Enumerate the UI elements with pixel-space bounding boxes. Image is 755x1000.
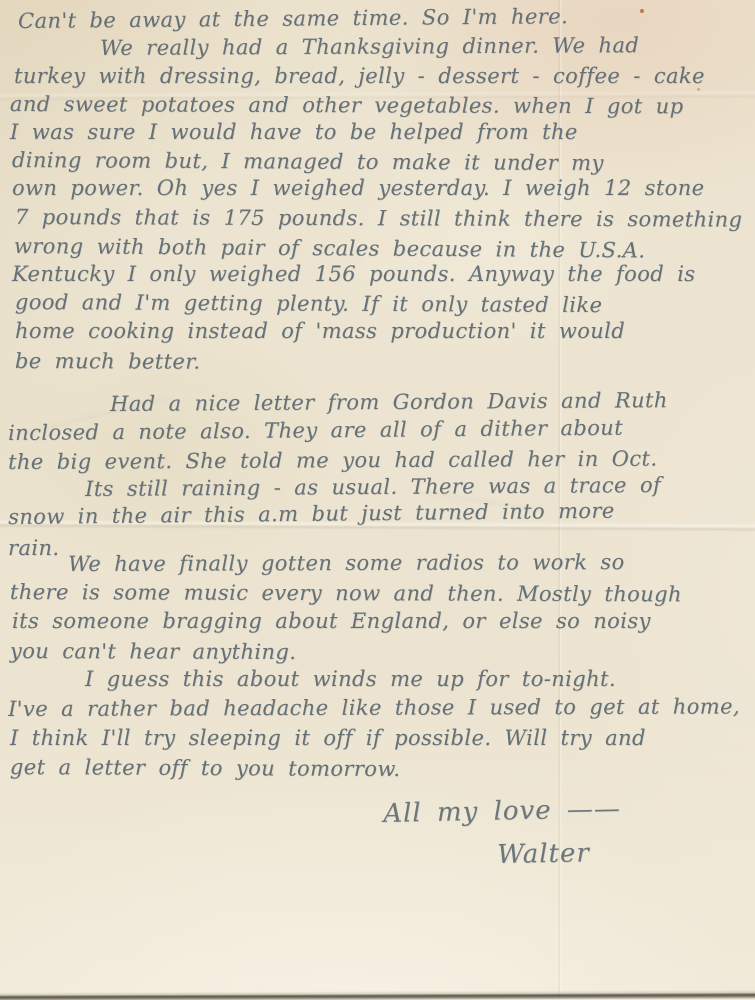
letter-line: I think I'll try sleeping it off if poss… xyxy=(10,727,646,750)
letter-line: you can't hear anything. xyxy=(10,640,297,664)
letter-line: I was sure I would have to be helped fro… xyxy=(10,121,578,144)
letter-line: We have finally gotten some radios to wo… xyxy=(68,551,625,576)
letter-line: wrong with both pair of scales because i… xyxy=(14,235,646,263)
letter-line: good and I'm getting plenty. If it only … xyxy=(15,291,603,317)
letter-line: rain. xyxy=(8,537,59,560)
letter-line: I've a rather bad headache like those I … xyxy=(8,695,740,721)
letter-line: dining room but, I managed to make it un… xyxy=(12,149,604,175)
letter-line: I guess this about winds me up for to-ni… xyxy=(85,668,616,691)
signature-closing: All my love —— xyxy=(383,795,621,829)
letter-line: its someone bragging about England, or e… xyxy=(12,610,651,633)
letter-line: Its still raining - as usual. There was … xyxy=(85,474,661,501)
letter-line: be much better. xyxy=(15,350,201,374)
letter-line: Kentucky I only weighed 156 pounds. Anyw… xyxy=(12,263,695,286)
paper-speck xyxy=(640,9,644,13)
letter-line: 7 pounds that is 175 pounds. I still thi… xyxy=(15,206,743,232)
paper-speck xyxy=(697,88,700,91)
paper-bottom-edge xyxy=(0,990,755,1000)
letter-line: the big event. She told me you had calle… xyxy=(8,448,657,474)
letter-line: get a letter off to you tomorrow. xyxy=(10,756,401,781)
letter-line: there is some music every now and then. … xyxy=(10,581,682,606)
letter-line: inclosed a note also. They are all of a … xyxy=(8,417,623,445)
letter-page: Can't be away at the same time. So I'm h… xyxy=(0,0,755,1000)
letter-line: turkey with dressing, bread, jelly - des… xyxy=(14,65,705,88)
letter-line: We really had a Thanksgiving dinner. We … xyxy=(100,34,639,60)
signature-name: Walter xyxy=(497,839,590,869)
letter-line: Had a nice letter from Gordon Davis and … xyxy=(110,389,668,416)
letter-line: own power. Oh yes I weighed yesterday. I… xyxy=(12,177,704,200)
letter-line: and sweet potatoes and other vegetables.… xyxy=(10,93,684,118)
letter-line: home cooking instead of 'mass production… xyxy=(15,320,625,343)
letter-line: Can't be away at the same time. So I'm h… xyxy=(18,5,568,33)
